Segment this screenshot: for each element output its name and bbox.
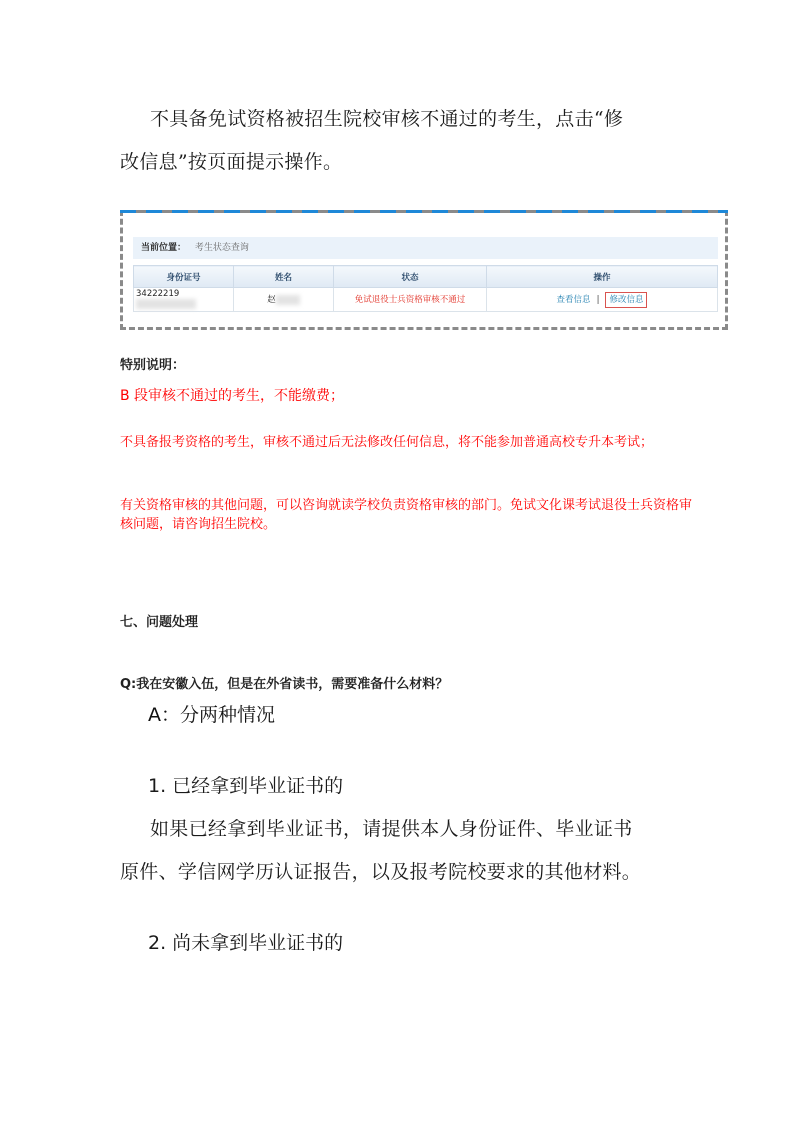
notes-red-para-1: 不具备报考资格的考生，审核不通过后无法修改任何信息，将不能参加普通高校专升本考试… xyxy=(120,433,700,452)
table-row: 34222219 赵 免试退役士兵资格审核不通过 查看信息|修改信息 xyxy=(134,288,718,312)
name-cell: 赵 xyxy=(234,288,334,312)
separator: | xyxy=(597,295,600,305)
section-heading: 七、问题处理 xyxy=(120,611,198,630)
accent-bar xyxy=(120,210,728,213)
id-number-cell: 34222219 xyxy=(134,288,234,312)
id-number: 34222219 xyxy=(136,289,179,299)
notes-bold-red: B 段审核不通过的考生，不能缴费； xyxy=(120,385,344,405)
screenshot-frame: 当前位置： 考生状态查询 身份证号 姓名 状态 操作 34222219 赵 免试… xyxy=(120,210,728,330)
breadcrumb-label: 当前位置： xyxy=(141,243,186,253)
intro-line-1: 不具备免试资格被招生院校审核不通过的考生，点击“修 xyxy=(150,104,623,131)
col-name: 姓名 xyxy=(234,266,334,288)
breadcrumb: 当前位置： 考生状态查询 xyxy=(133,237,718,259)
intro-line-2: 改信息”按页面提示操作。 xyxy=(120,147,342,174)
status-table: 身份证号 姓名 状态 操作 34222219 赵 免试退役士兵资格审核不通过 查… xyxy=(133,265,718,312)
col-status: 状态 xyxy=(334,266,487,288)
case-2-title: 2. 尚未拿到毕业证书的 xyxy=(148,928,343,955)
redacted-blur xyxy=(136,299,196,309)
notes-red-para-2: 有关资格审核的其他问题，可以咨询就读学校负责资格审核的部门。免试文化课考试退役士… xyxy=(120,496,700,534)
case-1-title: 1. 已经拿到毕业证书的 xyxy=(148,771,343,798)
case-1-line-2: 原件、学信网学历认证报告，以及报考院校要求的其他材料。 xyxy=(120,857,641,884)
breadcrumb-value: 考生状态查询 xyxy=(195,243,249,253)
name-initial: 赵 xyxy=(267,295,276,305)
case-1-line-1: 如果已经拿到毕业证书，请提供本人身份证件、毕业证书 xyxy=(150,814,633,841)
notes-heading: 特别说明： xyxy=(120,354,185,373)
status-cell: 免试退役士兵资格审核不通过 xyxy=(334,288,487,312)
faq-question: Q:我在安徽入伍，但是在外省读书，需要准备什么材料？ xyxy=(120,673,448,692)
col-actions: 操作 xyxy=(487,266,718,288)
actions-cell: 查看信息|修改信息 xyxy=(487,288,718,312)
col-id-number: 身份证号 xyxy=(134,266,234,288)
view-info-link[interactable]: 查看信息 xyxy=(557,295,591,305)
redacted-blur xyxy=(276,295,300,305)
edit-info-link[interactable]: 修改信息 xyxy=(605,292,647,308)
faq-answer: A：分两种情况 xyxy=(148,700,275,727)
